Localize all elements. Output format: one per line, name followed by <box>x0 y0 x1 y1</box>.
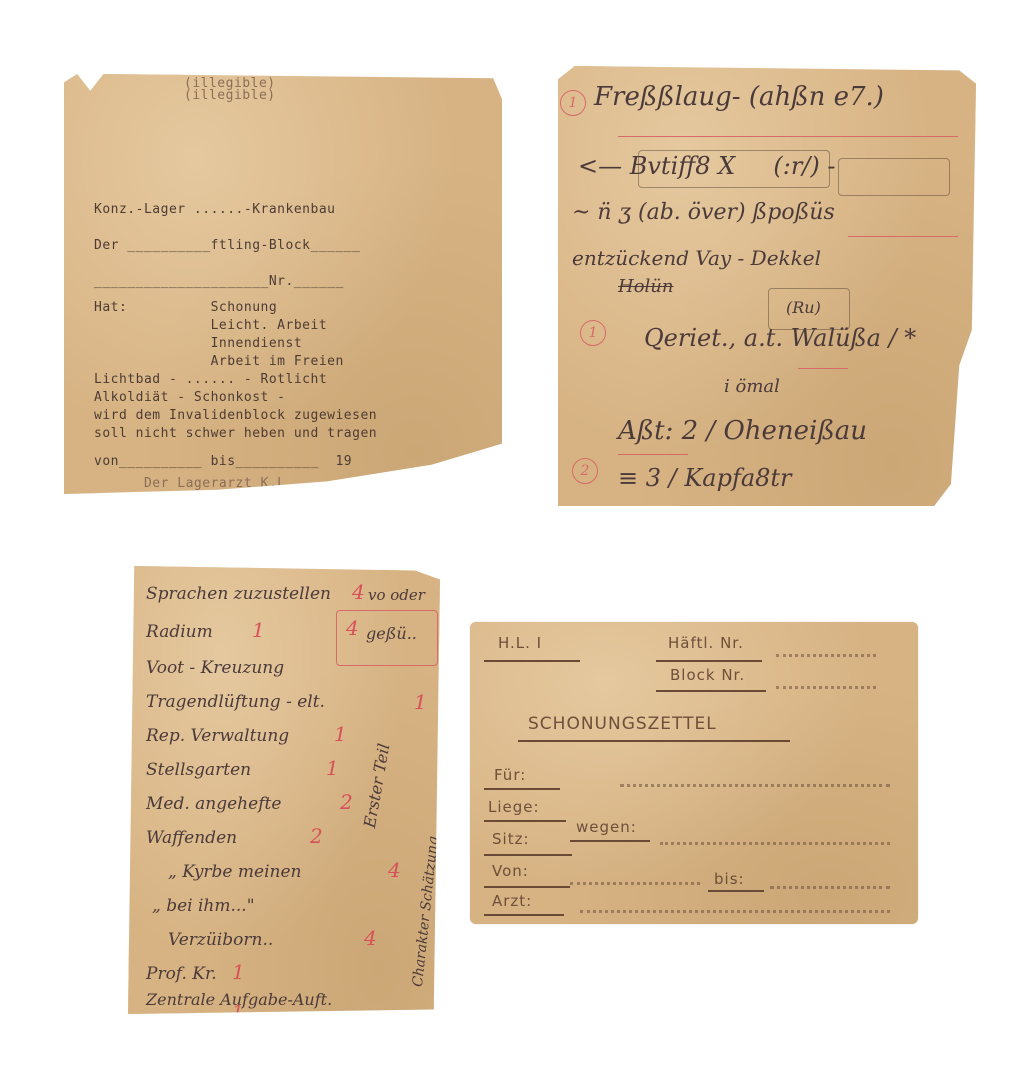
red-number: 2 <box>310 824 323 848</box>
red-number: 1 <box>232 1002 243 1023</box>
field-label: Arzt: <box>492 892 532 910</box>
form-line: Lichtbad - ...... - Rotlicht <box>94 372 327 387</box>
handwriting: Holün <box>618 276 673 297</box>
red-circle-marker: 2 <box>572 458 598 484</box>
form-line: Hat: Schonung <box>94 300 277 315</box>
underline <box>656 660 762 662</box>
list-entry: Med. angehefte <box>146 794 281 814</box>
list-entry: Sprachen zuzustellen <box>146 584 331 604</box>
marginal-note: Charakter Schätzung <box>410 835 442 987</box>
form-line: soll nicht schwer heben und tragen <box>94 426 377 441</box>
handwriting: (Ru) <box>786 298 821 317</box>
form-line: wird dem Invalidenblock zugewiesen <box>94 408 377 423</box>
red-number: 1 <box>334 722 347 746</box>
block-number-label: Block Nr. <box>670 666 745 684</box>
red-number: 4 <box>364 926 377 950</box>
red-circle-marker: 1 <box>560 90 586 116</box>
red-number: 1 <box>252 618 265 642</box>
form-line: Konz.-Lager ......-Krankenbau <box>94 202 335 217</box>
handwriting: i ömal <box>724 376 780 397</box>
underline <box>484 788 560 790</box>
form-line: Alkoldiät - Schonkost - <box>94 390 286 405</box>
list-entry: Stellsgarten <box>146 760 251 780</box>
camp-label: H.L. I <box>498 634 542 652</box>
red-number: 4 <box>346 616 359 640</box>
handwritten-notes-slip: 1 Freßßlaug- (ahßn e7.) <— Bvtiff8 X (:r… <box>558 66 976 506</box>
red-rule <box>848 236 958 237</box>
field-label: Für: <box>494 766 526 784</box>
form-line: Der __________ftling-Block______ <box>94 238 360 253</box>
red-number: 1 <box>326 756 339 780</box>
title-underline <box>518 740 790 742</box>
field-label: Liege: <box>488 798 540 816</box>
red-number: 4 <box>388 858 401 882</box>
list-entry: vo oder <box>368 586 425 604</box>
handwriting: Qeriet., a.t. Walüßa / * <box>644 324 916 352</box>
prisoner-number-label: Häftl. Nr. <box>668 634 744 652</box>
typed-hospital-form: (illegible) (illegible) Konz.-Lager ....… <box>64 74 502 494</box>
list-entry: Waffenden <box>146 828 237 848</box>
form-line: von__________ bis__________ 19 <box>94 454 352 469</box>
schonungszettel-card: H.L. I Häftl. Nr. Block Nr. SCHONUNGSZET… <box>470 622 918 924</box>
underline <box>484 854 572 856</box>
underline <box>708 890 764 892</box>
marginal-note: Erster Teil <box>360 742 394 829</box>
form-line: _____________________Nr.______ <box>94 274 344 289</box>
handwriting: ~ n̈ ʒ (ab. över) ßpoßüs <box>572 200 835 225</box>
list-entry: Tragendlüftung - elt. <box>146 692 325 712</box>
dotted-field <box>570 882 700 885</box>
underline <box>484 886 570 888</box>
list-entry: Radium <box>146 622 213 642</box>
form-line: Arbeit im Freien <box>94 354 344 369</box>
red-number: 2 <box>340 790 353 814</box>
list-entry: „ Kyrbe meinen <box>168 862 301 882</box>
handwriting: Freßßlaug- (ahßn e7.) <box>594 82 884 112</box>
underline <box>484 820 566 822</box>
list-entry: „ bei ihm..." <box>152 896 255 916</box>
list-entry: geßü.. <box>366 624 417 643</box>
form-line: Leicht. Arbeit <box>94 318 327 333</box>
form-line: Innendienst <box>94 336 302 351</box>
underline <box>656 690 766 692</box>
dotted-field <box>660 842 890 845</box>
red-rule <box>618 136 958 137</box>
red-rule <box>798 368 848 369</box>
handwriting: ≡ 3 / Kapfa8tr <box>618 464 792 492</box>
red-circle-marker: 1 <box>580 320 606 346</box>
handwritten-list-slip: Sprachen zuzustellen 4 vo oder 4 geßü.. … <box>128 566 440 1014</box>
handwriting: entzückend Vay - Dekkel <box>572 246 821 270</box>
pencil-box <box>838 158 950 196</box>
underline <box>484 660 580 662</box>
dotted-field <box>776 654 876 657</box>
dotted-field <box>580 910 890 913</box>
list-entry: Prof. Kr. <box>146 964 217 984</box>
red-number: 1 <box>414 690 427 714</box>
card-title: SCHONUNGSZETTEL <box>528 714 717 734</box>
list-entry: Voot - Kreuzung <box>146 658 284 678</box>
underline <box>570 840 650 842</box>
form-header-line-2: (illegible) <box>184 88 276 103</box>
handwriting: Aßt: 2 / Oheneißau <box>618 416 867 446</box>
red-number: 4 <box>352 580 365 604</box>
red-number: 1 <box>232 960 245 984</box>
form-line: Der Lagerarzt K.L. <box>94 476 294 491</box>
handwriting: <— Bvtiff8 X (:r/) - <box>578 152 836 180</box>
until-label: bis: <box>714 870 745 888</box>
field-label: Von: <box>492 862 529 880</box>
dotted-field <box>776 686 876 689</box>
dotted-field <box>620 784 890 787</box>
red-rule <box>618 454 688 455</box>
list-entry: Verzüiborn.. <box>168 930 273 950</box>
list-entry: Rep. Verwaltung <box>146 726 289 746</box>
underline <box>484 914 564 916</box>
reason-label: wegen: <box>576 818 637 836</box>
field-label: Sitz: <box>492 830 530 848</box>
dotted-field <box>770 886 890 889</box>
